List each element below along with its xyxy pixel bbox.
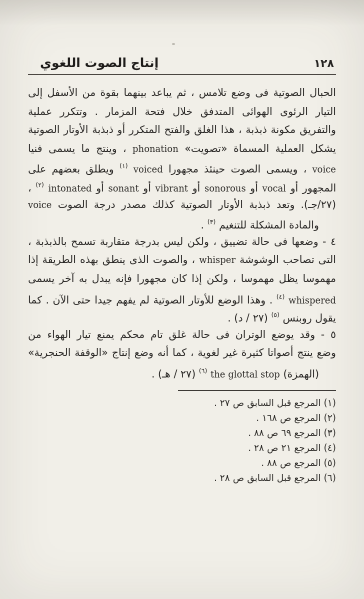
arabic-text-run: أو (143, 182, 151, 194)
text-line: الحبال الصوتية فى وضع تلامس ، ثم يباعد ب… (28, 84, 336, 103)
arabic-text-run: ، ويسمى الصوت حينئذ مجهورا (168, 164, 306, 176)
text-line: المجهور أو vocal أو sonorous أو vibrant … (28, 177, 336, 196)
arabic-text-run: الحبال الصوتية فى وضع تلامس ، ثم يباعد ب… (28, 87, 336, 103)
arabic-text-run: المجهور أو (290, 182, 336, 194)
footnote-item: (٣) المرجع ٦٩ ص ٨٨ . (28, 426, 336, 441)
page-header: ١٢٨ إنتاج الصوت اللغوي (0, 0, 364, 70)
text-line: (٢٧/جـ). وتعد ذبذبة الأوتار الصوتية كذلك… (28, 196, 336, 215)
footnote-ref-marker: (٥) (271, 312, 279, 319)
text-line: يشكل العملية المسماة «تصويت» phonation ،… (28, 140, 336, 159)
page-title: إنتاج الصوت اللغوي (40, 55, 159, 70)
arabic-text-run: . وهذا الوضع للأوتار الصوتية لم يفهم جيد… (28, 294, 273, 306)
arabic-text-run: وضع ينتج أصواتا كثيرة غير لغوية ، كما أن… (28, 347, 336, 359)
arabic-text-run: (٢٧ / هـ) . (151, 368, 195, 380)
arabic-text-run: ٤ - وضعها فى حالة تضييق ، ولكن ليس بدرجة… (28, 236, 336, 252)
footnote-ref-marker: (١) (119, 163, 127, 170)
text-line: ٥ - وقد يوضع الوتران فى حالة غلق تام محك… (28, 326, 336, 345)
arabic-text-run: . (201, 220, 204, 232)
arabic-text-run: (٢٧/جـ). وتعد ذبذبة الأوتار الصوتية كذلك… (58, 199, 336, 211)
text-line: whispered (٤) . وهذا الوضع للأوتار الصوت… (28, 289, 336, 308)
arabic-text-run: ، (28, 182, 31, 194)
latin-term: phonation (133, 145, 179, 155)
footnote-ref-marker: (٤) (276, 294, 284, 301)
arabic-text-run: يقول روبنس (283, 313, 336, 325)
text-line: والمادة المشكلة للتنغيم (٣) . (28, 214, 336, 233)
scan-speck (172, 43, 175, 45)
latin-term: sonorous (204, 184, 245, 194)
latin-term: whispered (289, 296, 336, 306)
footnote-item: (٥) المرجع ص ٨٨ . (28, 456, 336, 471)
latin-term: voiced (133, 166, 163, 176)
latin-term: sonant (108, 184, 139, 194)
arabic-text-run: التيار الرئوى الهوائى المتدفق خلال فتحة … (28, 106, 336, 122)
book-page-scan: ١٢٨ إنتاج الصوت اللغوي الحبال الصوتية فى… (0, 0, 364, 599)
footnote-item: (١) المرجع قبل السابق ص ٢٧ . (28, 396, 336, 411)
footnote-item: (٤) المرجع ٢١ ص ٢٨ . (28, 441, 336, 456)
arabic-text-run: (٢٧ / د) . (228, 313, 268, 325)
latin-term: whisper (199, 256, 235, 266)
latin-term: vibrant (155, 184, 188, 194)
text-line: التى تصاحب الوشوشة whisper ، والصوت الذى… (28, 251, 336, 270)
arabic-text-run: والتفريق مكونة ذبذبة ، هذا الغلق والفتح … (28, 124, 336, 136)
arabic-text-run: أو (96, 182, 104, 194)
footnote-ref-marker: (٦) (199, 368, 207, 375)
arabic-text-run: (الهمزة) (283, 368, 319, 380)
footnote-ref-marker: (٣) (207, 219, 215, 226)
text-line: وضع ينتج أصواتا كثيرة غير لغوية ، كما أن… (28, 344, 336, 363)
footnote-ref-marker: (٢) (36, 182, 44, 189)
arabic-text-run: ٥ - وقد يوضع الوتران فى حالة غلق تام محك… (28, 329, 336, 345)
arabic-text-run: التى تصاحب الوشوشة (240, 254, 337, 266)
arabic-text-run: مهموسا يظل مهموسا ، ولكن إذا كان مجهورا … (28, 273, 336, 289)
arabic-text-run: يشكل العملية المسماة «تصويت» (185, 143, 336, 155)
text-line: التيار الرئوى الهوائى المتدفق خلال فتحة … (28, 103, 336, 122)
page-number: ١٢٨ (314, 57, 334, 70)
footnote-item: (٢) المرجع ص ١٦٨ . (28, 411, 336, 426)
text-line: voice ، ويسمى الصوت حينئذ مجهورا voiced … (28, 158, 336, 177)
arabic-text-run: والمادة المشكلة للتنغيم (219, 220, 319, 232)
footnotes: (١) المرجع قبل السابق ص ٢٧ .(٢) المرجع ص… (0, 396, 364, 486)
latin-term: the glottal stop (210, 370, 279, 380)
footnote-item: (٦) المرجع قبل السابق ص ٢٨ . (28, 471, 336, 486)
text-line: والتفريق مكونة ذبذبة ، هذا الغلق والفتح … (28, 121, 336, 140)
footnote-separator (178, 390, 336, 391)
text-line: ٤ - وضعها فى حالة تضييق ، ولكن ليس بدرجة… (28, 233, 336, 252)
body-text: الحبال الصوتية فى وضع تلامس ، ثم يباعد ب… (0, 75, 364, 382)
text-line: مهموسا يظل مهموسا ، ولكن إذا كان مجهورا … (28, 270, 336, 289)
arabic-text-run: أو (250, 182, 258, 194)
latin-term: voice (312, 166, 336, 176)
arabic-text-run: أو (192, 182, 200, 194)
text-line: (الهمزة) the glottal stop (٦) (٢٧ / هـ) … (28, 363, 336, 382)
latin-term: vocal (262, 184, 286, 194)
text-line: يقول روبنس (٥) (٢٧ / د) . (28, 307, 336, 326)
arabic-text-run: ويطلق بعضهم على (28, 164, 114, 176)
latin-term: intonated (48, 184, 92, 194)
